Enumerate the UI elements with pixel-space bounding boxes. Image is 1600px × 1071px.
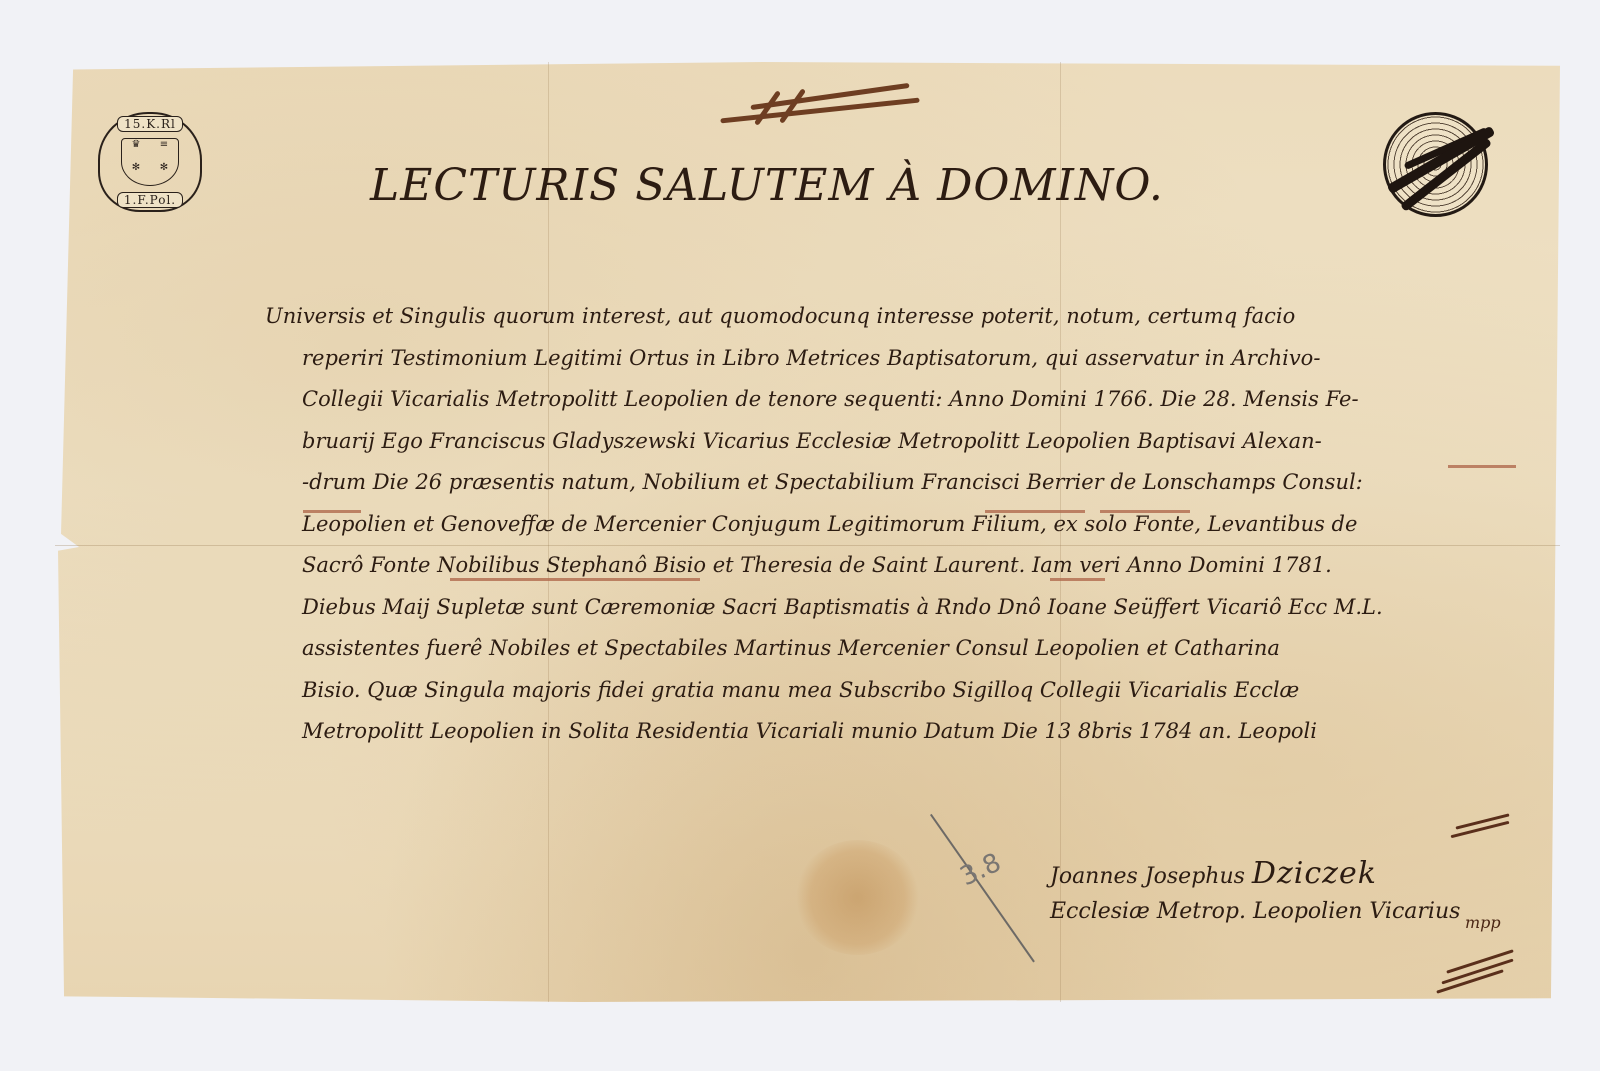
underline-francisci — [985, 510, 1085, 513]
signature-office: Ecclesiæ Metrop. Leopolien Vicarius — [1050, 893, 1460, 931]
underline-filium — [1050, 578, 1105, 581]
document-body: Universis et Singulis quorum interest, a… — [265, 296, 1535, 753]
signature-given-names: Joannes Josephus — [1050, 864, 1245, 889]
tax-stamp-coat-of-arms: 15.K.Rl ♛≡✻✻ 1.F.Pol. — [98, 112, 202, 212]
body-line-2: reperiri Testimonium Legitimi Ortus in L… — [265, 338, 1535, 380]
body-line-4: bruarij Ego Franciscus Gladyszewski Vica… — [265, 421, 1535, 463]
body-line-6: Leopolien et Genoveffæ de Mercenier Conj… — [265, 504, 1535, 546]
signature-suffix: mpp — [1465, 913, 1501, 932]
document-title: LECTURIS SALUTEM À DOMINO. — [370, 160, 1250, 211]
underline-alexan — [1448, 465, 1516, 468]
body-line-3: Collegii Vicarialis Metropolitt Leopolie… — [265, 379, 1535, 421]
body-line-8: Diebus Maij Supletæ sunt Cæremoniæ Sacri… — [265, 587, 1535, 629]
body-line-11: Metropolitt Leopolien in Solita Resident… — [265, 711, 1535, 753]
body-line-9: assistentes fuerê Nobiles et Spectabiles… — [265, 628, 1535, 670]
signature-block: Joannes Josephus Dziczek Ecclesiæ Metrop… — [1050, 855, 1460, 931]
body-line-1: Universis et Singulis quorum interest, a… — [265, 296, 1535, 338]
underline-drum — [303, 510, 361, 513]
underline-berrier — [1100, 510, 1190, 513]
cancelled-round-stamp — [1383, 112, 1488, 217]
stamp-bottom-band: 1.F.Pol. — [117, 192, 183, 208]
body-line-5: -drum Die 26 præsentis natum, Nobilium e… — [265, 462, 1535, 504]
body-line-10: Bisio. Quæ Singula majoris fidei gratia … — [265, 670, 1535, 712]
stamp-top-band: 15.K.Rl — [117, 116, 183, 132]
signature-surname: Dziczek — [1252, 856, 1377, 891]
coat-of-arms-icon: ♛≡✻✻ — [121, 138, 179, 186]
ink-strikethrough-mark — [710, 80, 930, 130]
underline-genoveffa-mercenier — [450, 578, 700, 581]
archival-side-note: Jan. 21 # 215. Kg — [1320, 90, 1360, 310]
wax-seal-stain — [795, 840, 920, 955]
